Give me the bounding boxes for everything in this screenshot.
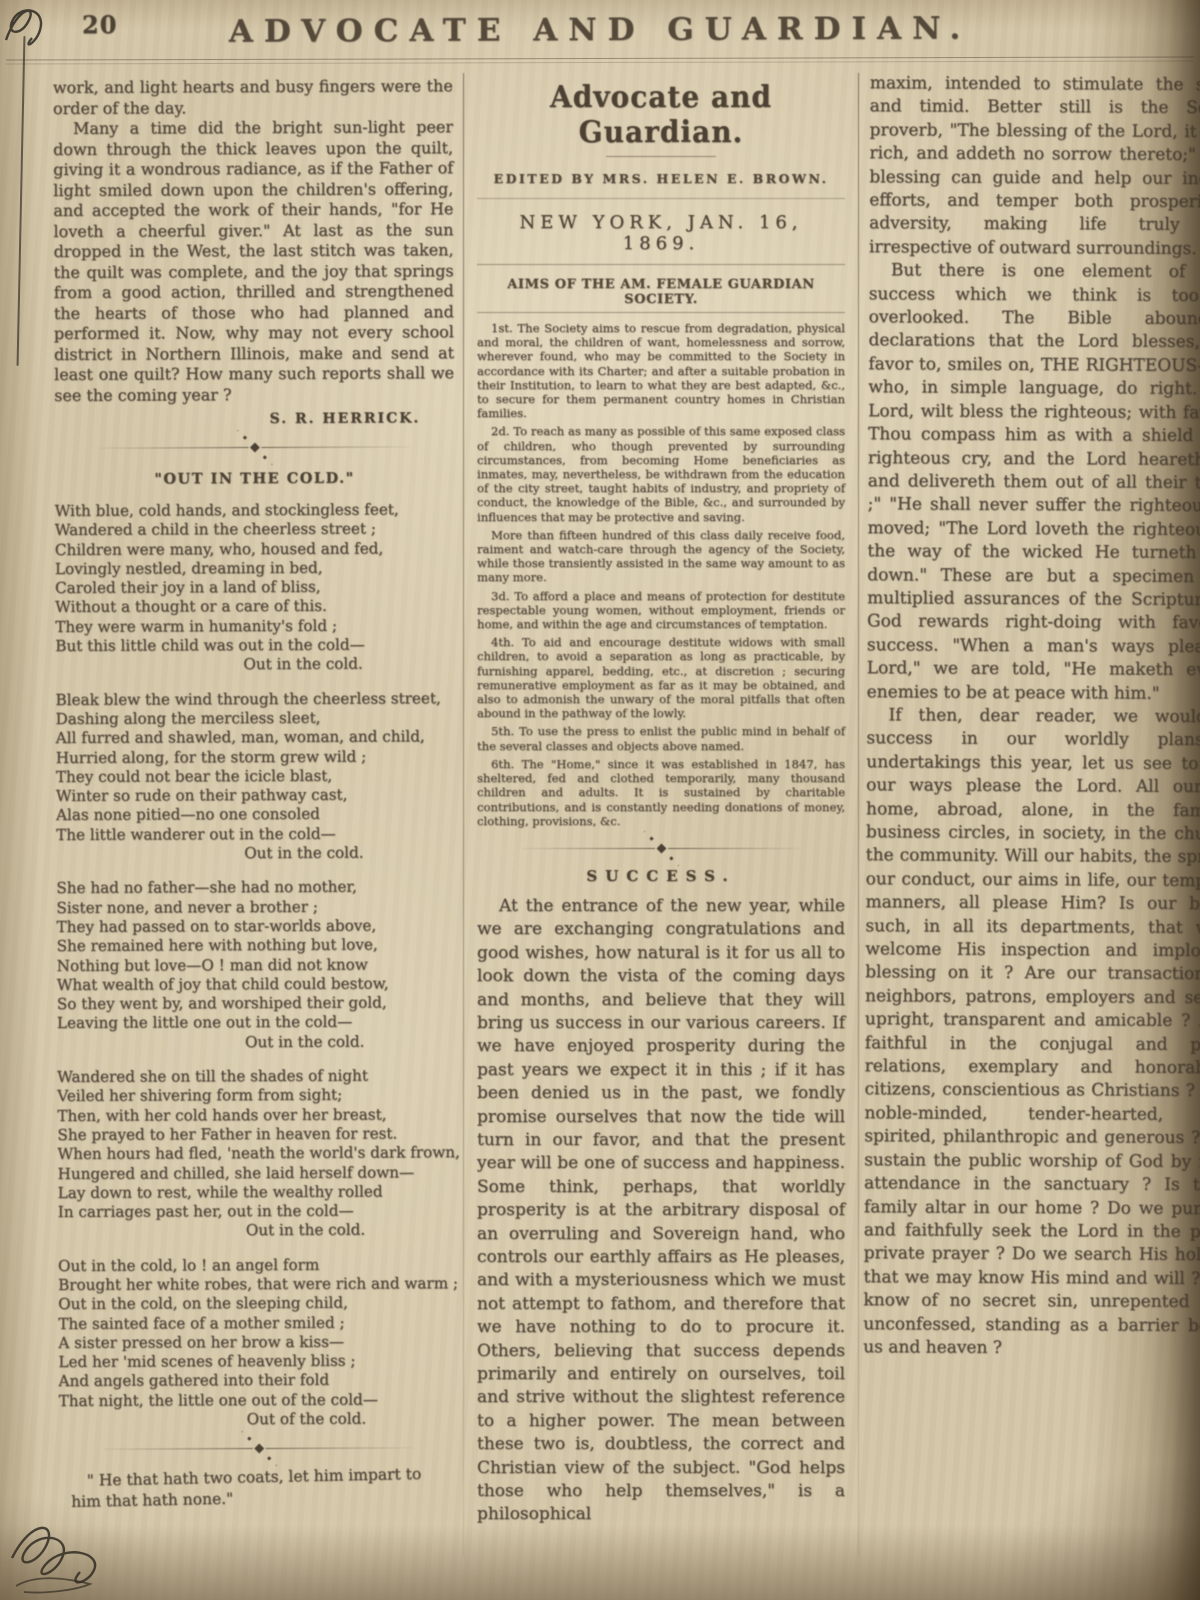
column-rule	[858, 73, 859, 1557]
column-left: work, and light hearts and busy fingers …	[53, 72, 459, 1558]
aims-item: 2d. To reach as many as possible of this…	[477, 424, 845, 523]
masthead-title: Advocate and Guardian.	[477, 71, 845, 149]
aims-item: More than fifteen hundred of this class …	[477, 528, 845, 585]
poem-line: When hours had fled, 'neath the world's …	[57, 1143, 457, 1164]
poem-line: Wandered she on till the shades of night	[57, 1066, 457, 1087]
poem-line: What wealth of joy that child could best…	[57, 974, 457, 995]
page-header: 20 ADVOCATE AND GUARDIAN.	[0, 0, 1200, 59]
poem-line: Dashing along the merciless sleet,	[56, 708, 456, 729]
poem-stanza: With blue, cold hands, and stockingless …	[55, 500, 456, 675]
poem-line: All furred and shawled, man, woman, and …	[56, 727, 456, 748]
ornamental-divider	[522, 844, 800, 853]
ornamental-divider	[104, 1444, 414, 1454]
poem-stanza: Bleak blew the wind through the cheerles…	[55, 689, 456, 864]
poem-line: They had passed on to star-worlds above,	[56, 916, 456, 937]
page-number: 20	[82, 10, 118, 39]
poem-line: So they went by, and worshiped their gol…	[57, 993, 457, 1014]
poem-refrain: Out in the cold.	[245, 1032, 457, 1052]
poem-line: Leaving the little one out in the cold—	[57, 1013, 457, 1034]
poem-line: Sister none, and never a brother ;	[56, 897, 456, 918]
poem-line: And angels gathered into their fold	[58, 1371, 458, 1392]
poem-stanza: Wandered she on till the shades of night…	[57, 1066, 458, 1241]
aims-item: 1st. The Society aims to rescue from deg…	[477, 321, 845, 420]
poem-line: A sister pressed on her brow a kiss—	[58, 1332, 458, 1353]
poem-line: Then, with her cold hands over her breas…	[57, 1105, 457, 1126]
poem-refrain: Out of the cold.	[247, 1409, 459, 1429]
article-paragraph: If then, dear reader, we would have succ…	[863, 704, 1200, 1361]
article-continuation: work, and light hearts and busy fingers …	[53, 76, 454, 406]
poem-body: With blue, cold hands, and stockingless …	[55, 500, 459, 1430]
poem-line: In carriages past her, out in the cold—	[58, 1201, 458, 1222]
poem-line: They were warm in humanity's fold ;	[55, 616, 455, 637]
poem-line: They could not bear the icicle blast,	[56, 766, 456, 787]
article-paragraph: But there is one element of worldly succ…	[867, 259, 1200, 706]
newspaper-page: 20 ADVOCATE AND GUARDIAN. work, and ligh…	[0, 0, 1200, 1600]
column-middle: Advocate and Guardian. EDITED BY MRS. HE…	[471, 73, 851, 1557]
poem-line: Veiled her shivering form from sight;	[57, 1085, 457, 1106]
poem-line: That night, the little one out of the co…	[59, 1390, 459, 1411]
poem-line: She had no father—she had no mother,	[56, 877, 456, 898]
poem-title: "OUT IN THE COLD."	[54, 469, 454, 488]
poem-line: Brought her white robes, that were rich …	[58, 1274, 458, 1295]
success-article-heading: SUCCESS.	[477, 867, 845, 885]
newspaper-title: ADVOCATE AND GUARDIAN.	[0, 0, 1200, 51]
footer-quote: " He that hath two coats, let him impart…	[71, 1464, 454, 1514]
poem-line: Out in the cold, on the sleeping child,	[58, 1293, 458, 1314]
poem-line: Bleak blew the wind through the cheerles…	[55, 689, 455, 710]
poem-line: Led her 'mid scenes of heavenly bliss ;	[58, 1351, 458, 1372]
aims-heading: AIMS OF THE AM. FEMALE GUARDIAN SOCIETY.	[477, 265, 845, 313]
right-column-text: maxim, intended to stimulate the sluggis…	[863, 72, 1200, 1361]
diamond-ornament-icon	[254, 1444, 264, 1454]
aims-item: 4th. To aid and encourage destitute wido…	[477, 635, 845, 720]
poem-line: With blue, cold hands, and stockingless …	[55, 500, 455, 521]
poem-line: She prayed to her Father in heaven for r…	[57, 1124, 457, 1145]
ornamental-divider	[99, 442, 409, 452]
poem-stanza: Out in the cold, lo ! an angel formBroug…	[58, 1255, 459, 1430]
poem-refrain: Out in the cold.	[246, 1221, 458, 1241]
poem-line: Without a thought or a care of this.	[55, 597, 455, 618]
diamond-ornament-icon	[249, 443, 259, 453]
poem-stanza: She had no father—she had no mother,Sist…	[56, 877, 457, 1052]
aims-item: 3d. To afford a place and means of prote…	[477, 589, 845, 632]
success-article-body: At the entrance of the new year, while w…	[477, 895, 845, 1527]
masthead: Advocate and Guardian. EDITED BY MRS. HE…	[477, 73, 845, 313]
poem-refrain: Out in the cold.	[244, 843, 456, 863]
poem-line: Lay down to rest, while the wealthy roll…	[58, 1182, 458, 1203]
poem-line: Winter so rude on their pathway cast,	[56, 785, 456, 806]
article-paragraph: work, and light hearts and busy fingers …	[53, 76, 453, 119]
poem-line: Caroled their joy in a land of bliss,	[55, 577, 455, 598]
aims-list: 1st. The Society aims to rescue from deg…	[477, 321, 845, 828]
poem-line: Children were many, who, housed and fed,	[55, 539, 455, 560]
poem-line: Nothing but love—O ! man did not know	[57, 955, 457, 976]
masthead-dateline: NEW YORK, JAN. 16, 1869.	[477, 199, 845, 265]
article-paragraph: maxim, intended to stimulate the sluggis…	[869, 72, 1200, 261]
poem-line: She remained here with nothing but love,	[57, 935, 457, 956]
poem-line: The little wanderer out in the cold—	[56, 824, 456, 845]
diamond-ornament-icon	[656, 843, 666, 853]
poem-line: Wandered a child in the cheerless street…	[55, 519, 455, 540]
poem-line: The sainted face of a mother smiled ;	[58, 1313, 458, 1334]
article-paragraph: Many a time did the bright sun-light pee…	[53, 117, 454, 406]
column-right: maxim, intended to stimulate the sluggis…	[862, 72, 1200, 1558]
poem-line: Hurried along, for the storm grew wild ;	[56, 747, 456, 768]
aims-item: 5th. To use the press to enlist the publ…	[477, 724, 845, 752]
poem-line: But this little child was out in the col…	[55, 635, 455, 656]
masthead-editor-line: EDITED BY MRS. HELEN E. BROWN.	[477, 157, 845, 199]
article-paragraph: At the entrance of the new year, while w…	[477, 895, 845, 1527]
column-rule	[463, 73, 464, 1557]
poem-line: Lovingly nestled, dreaming in bed,	[55, 558, 455, 579]
poem-line: Out in the cold, lo ! an angel form	[58, 1255, 458, 1276]
article-signature: S. R. HERRICK.	[54, 404, 454, 428]
poem-refrain: Out in the cold.	[243, 655, 455, 675]
poem-line: Hungered and chilled, she laid herself d…	[58, 1163, 458, 1184]
poem-line: Alas none pitied—no one consoled	[56, 805, 456, 826]
aims-item: 6th. The "Home," since it was establishe…	[477, 757, 845, 828]
